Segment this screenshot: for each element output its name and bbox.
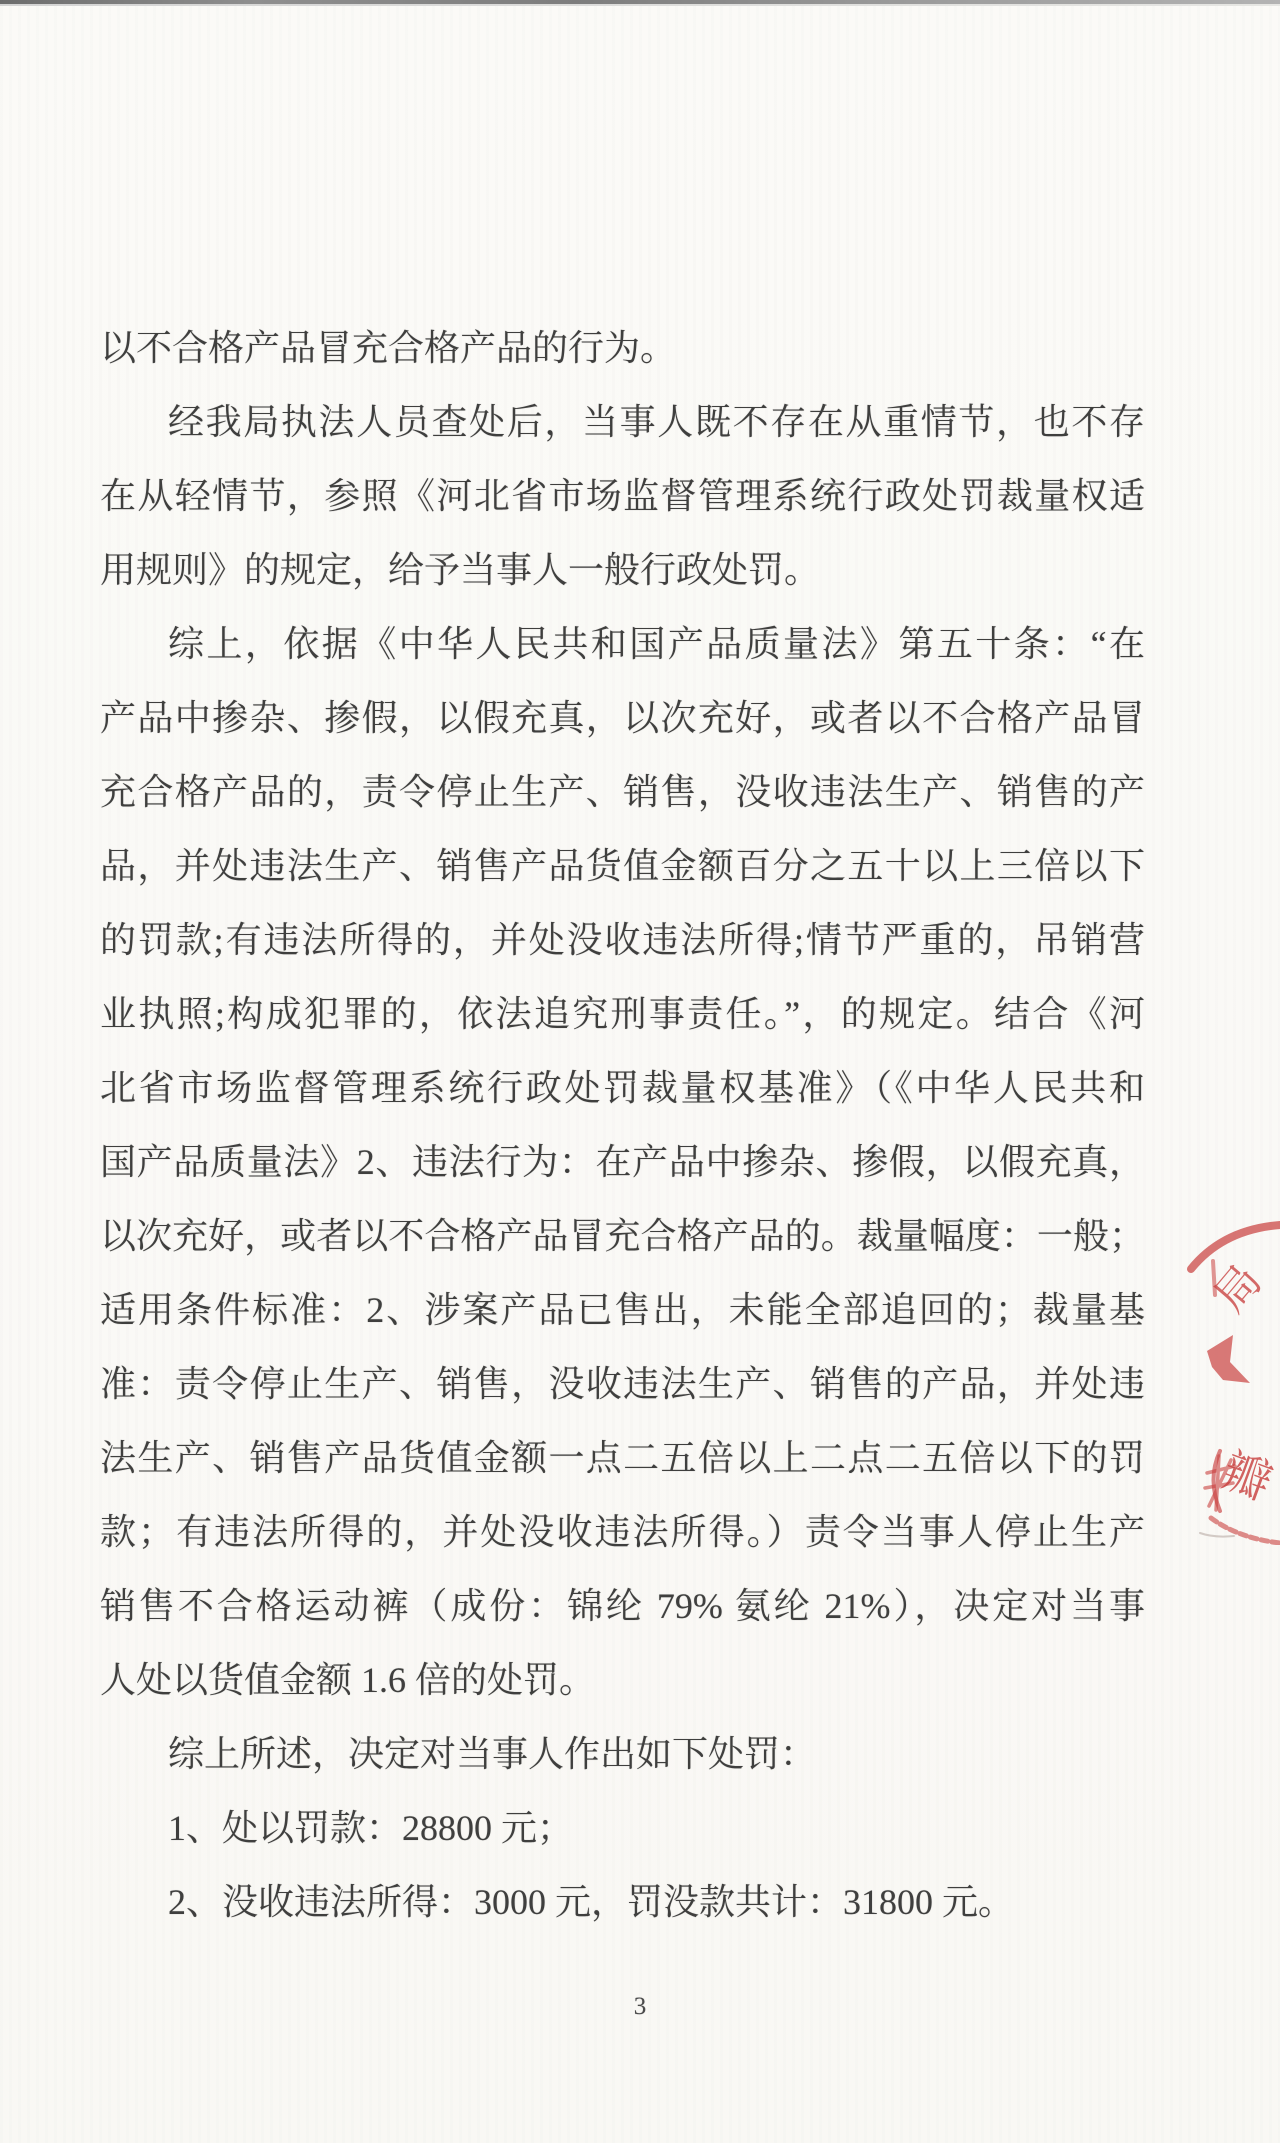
scanned-document-page: 以不合格产品冒充合格产品的行为。 经我局执法人员查处后，当事人既不存在从重情节，… — [0, 0, 1280, 2143]
text-line: 综上所述，决定对当事人作出如下处罚： — [100, 1717, 1145, 1791]
text-line: 业执照;构成犯罪的，依法追究刑事责任。”，的规定。结合《河 — [100, 977, 1145, 1051]
official-seal-stamp-partial: 局 瓣 — [1186, 1215, 1280, 1545]
page-number: 3 — [0, 1993, 1280, 2021]
text-line: 充合格产品的，责令停止生产、销售，没收违法生产、销售的产 — [100, 755, 1145, 829]
text-line: 产品中掺杂、掺假，以假充真，以次充好，或者以不合格产品冒 — [100, 681, 1145, 755]
text-line: 以次充好，或者以不合格产品冒充合格产品的。裁量幅度：一般； — [100, 1199, 1145, 1273]
text-line: 1、处以罚款：28800 元； — [100, 1791, 1145, 1865]
text-line: 用规则》的规定，给予当事人一般行政处罚。 — [100, 533, 1145, 607]
text-line: 准：责令停止生产、销售，没收违法生产、销售的产品，并处违 — [100, 1347, 1145, 1421]
text-line: 2、没收违法所得：3000 元，罚没款共计：31800 元。 — [100, 1865, 1145, 1939]
text-line: 综上，依据《中华人民共和国产品质量法》第五十条：“在 — [100, 607, 1145, 681]
text-line: 经我局执法人员查处后，当事人既不存在从重情节，也不存 — [100, 385, 1145, 459]
seal-star-fragment — [1207, 1335, 1250, 1383]
text-line: 品，并处违法生产、销售产品货值金额百分之五十以上三倍以下 — [100, 829, 1145, 903]
text-line: 款；有违法所得的，并处没收违法所得。）责令当事人停止生产 — [100, 1495, 1145, 1569]
text-line: 销售不合格运动裤（成份：锦纶 79% 氨纶 21%），决定对当事 — [100, 1569, 1145, 1643]
text-line: 国产品质量法》2、违法行为：在产品中掺杂、掺假，以假充真， — [100, 1125, 1145, 1199]
text-line: 适用条件标准：2、涉案产品已售出，未能全部追回的；裁量基 — [100, 1273, 1145, 1347]
text-line: 北省市场监督管理系统行政处罚裁量权基准》（《中华人民共和 — [100, 1051, 1145, 1125]
text-line: 的罚款;有违法所得的，并处没收违法所得;情节严重的，吊销营 — [100, 903, 1145, 977]
text-line: 人处以货值金额 1.6 倍的处罚。 — [100, 1643, 1145, 1717]
document-body-text: 以不合格产品冒充合格产品的行为。 经我局执法人员查处后，当事人既不存在从重情节，… — [100, 311, 1145, 1939]
seal-illegible-text: 瓣 — [1215, 1445, 1278, 1511]
text-line: 以不合格产品冒充合格产品的行为。 — [100, 311, 1145, 385]
scan-top-edge-highlight — [0, 4, 1280, 6]
text-line: 法生产、销售产品货值金额一点二五倍以上二点二五倍以下的罚 — [100, 1421, 1145, 1495]
text-line: 在从轻情节，参照《河北省市场监督管理系统行政处罚裁量权适 — [100, 459, 1145, 533]
